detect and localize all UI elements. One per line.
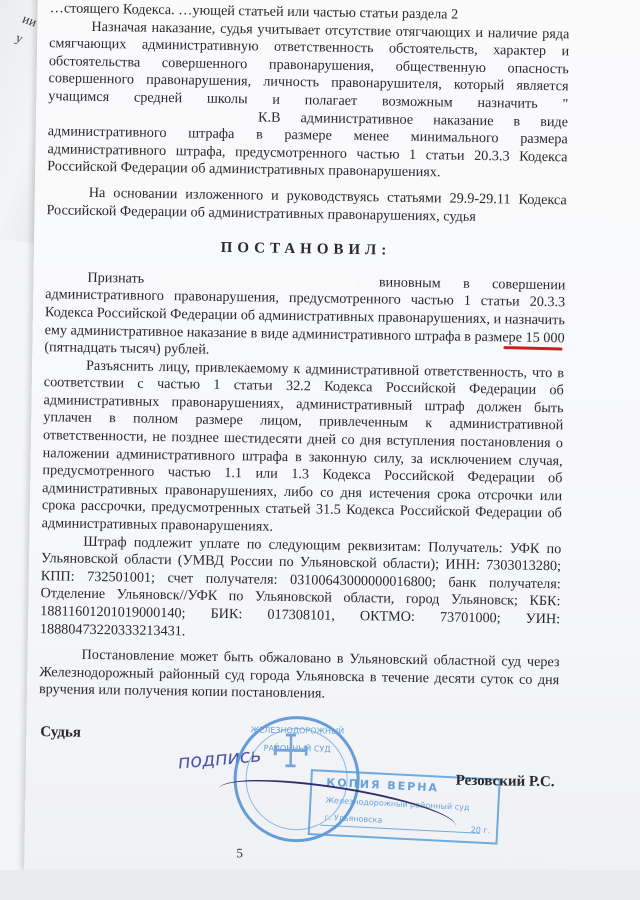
- paragraph-explanation: Разъяснить лицу, привлекаемому к админис…: [41, 357, 564, 541]
- paragraph-basis: На основании изложенного и руководствуяс…: [46, 184, 566, 227]
- eagle-emblem-icon: ☩: [270, 743, 312, 761]
- redacted-name: [48, 107, 238, 124]
- paragraph-payment: Штраф подлежит уплате по следующим рекви…: [40, 533, 562, 647]
- judge-name: Резовский Р.С.: [455, 773, 554, 792]
- page-number: 5: [236, 845, 243, 861]
- judge-label: Судья: [40, 724, 81, 742]
- ruling-start: Признать: [87, 270, 144, 287]
- sentence-text: Назначая наказание, судья учитывает отсу…: [48, 18, 569, 112]
- redacted-defendant: [166, 273, 356, 290]
- document-page: …стоящего Кодекса. …ующей статьей или ча…: [24, 0, 640, 880]
- stamp-date: 20 г.: [470, 822, 490, 841]
- initials: К.В: [258, 109, 281, 125]
- fine-amount: 15 000: [525, 329, 564, 346]
- background-surface: [0, 870, 640, 900]
- ruling-title: ПОСТАНОВИЛ:: [46, 237, 566, 263]
- signature-block: Судья подпись ЖЕЛЕЗНОДОРОЖНЫЙ РАЙОННЫЙ С…: [37, 718, 599, 847]
- document-body: …стоящего Кодекса. …ующей статьей или ча…: [39, 0, 570, 707]
- paragraph-appeal: Постановление может быть обжаловано в Ул…: [39, 646, 560, 707]
- underlying-page-text: ии у: [13, 9, 40, 51]
- fine-words: (пятнадцать тысяч) рублей.: [44, 339, 209, 358]
- paragraph-sentence: Назначая наказание, судья учитывает отсу…: [47, 18, 569, 184]
- paragraph-ruling: Признать виновным в совершении администр…: [44, 269, 565, 365]
